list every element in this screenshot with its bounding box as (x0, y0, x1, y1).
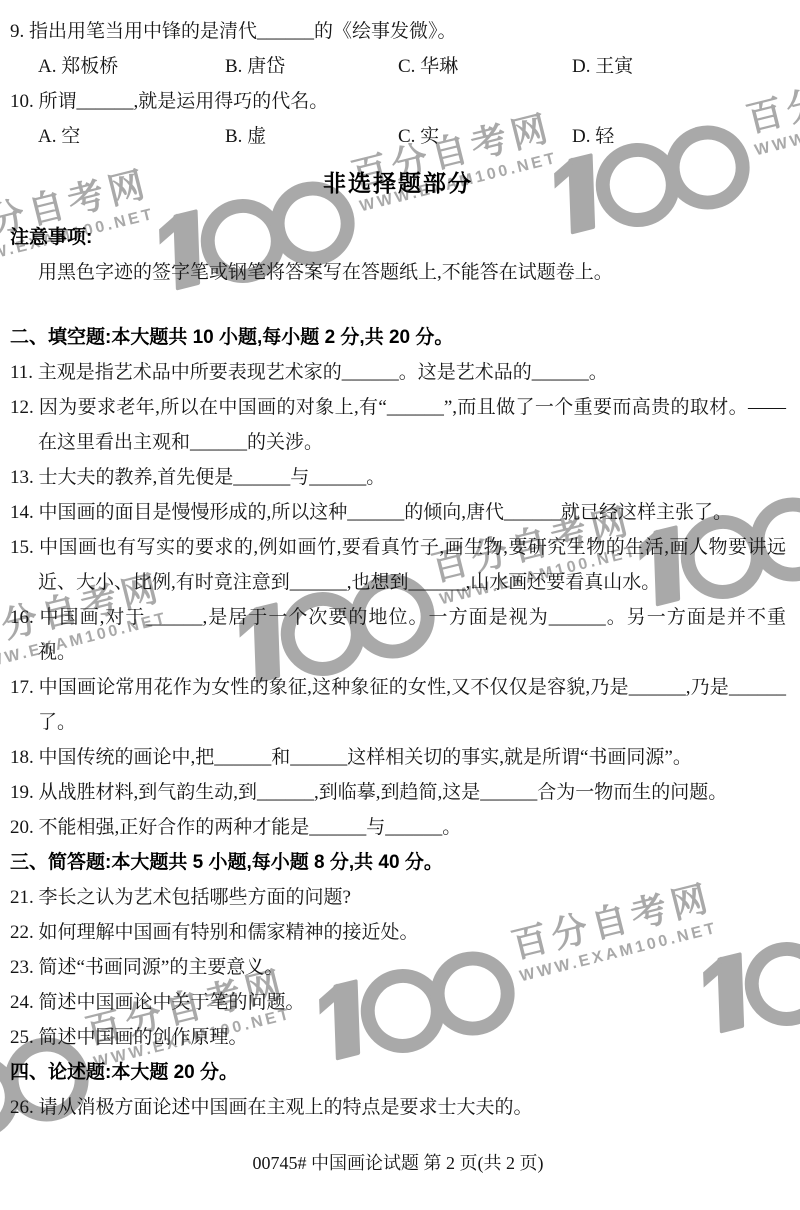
option-c: C. 华琳 (398, 49, 572, 84)
question-11: 11. 主观是指艺术品中所要表现艺术家的______。这是艺术品的______。 (10, 355, 786, 390)
question-24: 24. 简述中国画论中关于笔的问题。 (10, 985, 786, 1020)
question-16: 16. 中国画,对于______,是居于一个次要的地位。一方面是视为______… (10, 600, 786, 670)
question-9: 9. 指出用笔当用中锋的是清代______的《绘事发微》。 (10, 14, 786, 49)
notice-title: 注意事项: (10, 220, 786, 255)
question-9-options: A. 郑板桥 B. 唐岱 C. 华琳 D. 王寅 (10, 49, 786, 84)
option-d: D. 轻 (572, 119, 786, 154)
question-14: 14. 中国画的面目是慢慢形成的,所以这种______的倾向,唐代______就… (10, 495, 786, 530)
exam-page: 百分自考网 WWW.EXAM100.NET 百分自考网 WWW.EXAM100.… (0, 0, 800, 1210)
question-13: 13. 士大夫的教养,首先便是______与______。 (10, 460, 786, 495)
question-12: 12. 因为要求老年,所以在中国画的对象上,有“______”,而且做了一个重要… (10, 390, 786, 460)
question-17: 17. 中国画论常用花作为女性的象征,这种象征的女性,又不仅仅是容貌,乃是___… (10, 670, 786, 740)
option-d: D. 王寅 (572, 49, 786, 84)
question-21: 21. 李长之认为艺术包括哪些方面的问题? (10, 880, 786, 915)
question-20: 20. 不能相强,正好合作的两种才能是______与______。 (10, 810, 786, 845)
question-15: 15. 中国画也有写实的要求的,例如画竹,要看真竹子,画生物,要研究生物的生活,… (10, 530, 786, 600)
option-b: B. 虚 (225, 119, 398, 154)
page-footer: 00745# 中国画论试题 第 2 页(共 2 页) (10, 1151, 786, 1175)
question-18: 18. 中国传统的画论中,把______和______这样相关切的事实,就是所谓… (10, 740, 786, 775)
option-a: A. 郑板桥 (38, 49, 225, 84)
question-25: 25. 简述中国画的创作原理。 (10, 1020, 786, 1055)
option-a: A. 空 (38, 119, 225, 154)
question-22: 22. 如何理解中国画有特别和儒家精神的接近处。 (10, 915, 786, 950)
short-answer-section-heading: 三、简答题:本大题共 5 小题,每小题 8 分,共 40 分。 (10, 845, 786, 880)
notice-body: 用黑色字迹的签字笔或钢笔将答案写在答题纸上,不能答在试题卷上。 (10, 255, 786, 290)
question-10: 10. 所谓______,就是运用得巧的代名。 (10, 84, 786, 119)
section-header: 非选择题部分 (10, 168, 786, 198)
question-10-options: A. 空 B. 虚 C. 实 D. 轻 (10, 119, 786, 154)
exam-content: 9. 指出用笔当用中锋的是清代______的《绘事发微》。 A. 郑板桥 B. … (0, 0, 800, 1175)
essay-section-heading: 四、论述题:本大题 20 分。 (10, 1055, 786, 1090)
option-b: B. 唐岱 (225, 49, 398, 84)
fill-section-heading: 二、填空题:本大题共 10 小题,每小题 2 分,共 20 分。 (10, 320, 786, 355)
option-c: C. 实 (398, 119, 572, 154)
question-19: 19. 从战胜材料,到气韵生动,到______,到临摹,到趋简,这是______… (10, 775, 786, 810)
question-26: 26. 请从消极方面论述中国画在主观上的特点是要求士大夫的。 (10, 1090, 786, 1125)
question-23: 23. 简述“书画同源”的主要意义。 (10, 950, 786, 985)
